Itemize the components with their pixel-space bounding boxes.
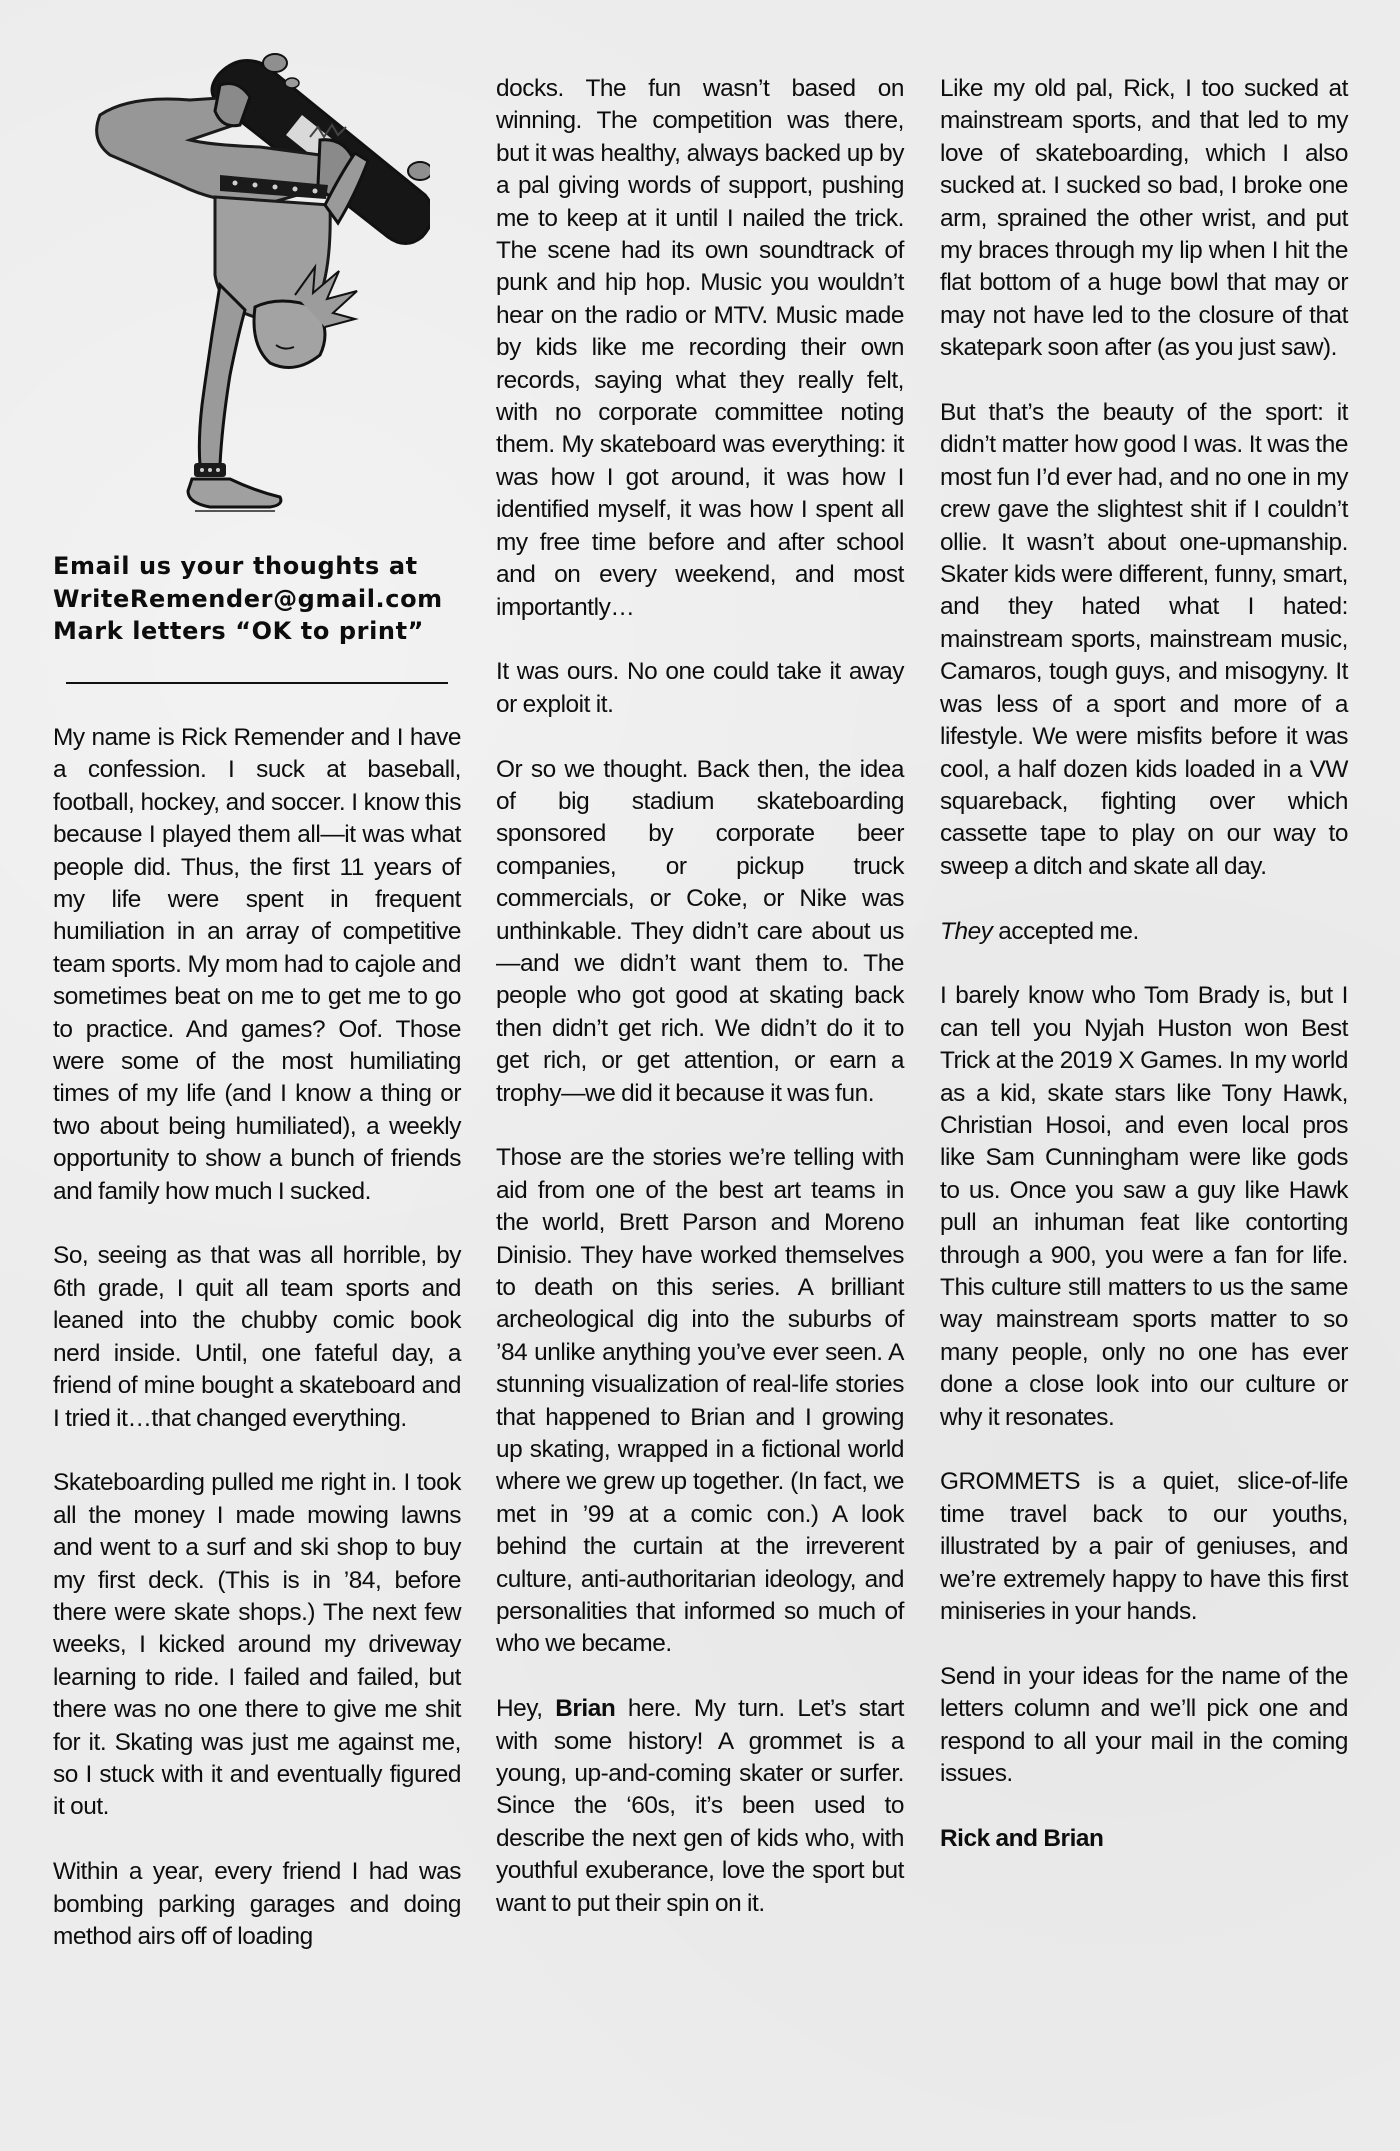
paragraph: Like my old pal, Rick, I too sucked at m…: [940, 73, 1348, 365]
paragraph: Or so we thought. Back then, the idea of…: [496, 754, 904, 1110]
letter-column-1: My name is Rick Remender and I have a co…: [53, 722, 461, 1953]
they-paragraph: They accepted me.: [940, 916, 1348, 948]
emphasis-they: They: [940, 918, 992, 945]
skater-handplant-illustration: [70, 45, 430, 550]
contact-heading: Email us your thoughts at: [53, 550, 473, 583]
paragraph: I barely know who Tom Brady is, but I ca…: [940, 980, 1348, 1434]
paragraph-text: accepted me.: [992, 918, 1138, 945]
paragraph-text: Hey,: [496, 1695, 555, 1722]
letter-column-2: docks. The fun wasn’t based on winning. …: [496, 73, 904, 1920]
paragraph: My name is Rick Remender and I have a co…: [53, 722, 461, 1208]
paragraph: Skateboarding pulled me right in. I took…: [53, 1467, 461, 1823]
author-name-brian: Brian: [555, 1695, 615, 1722]
paragraph: docks. The fun wasn’t based on winning. …: [496, 73, 904, 624]
section-divider: [66, 682, 448, 684]
brian-paragraph: Hey, Brian here. My turn. Let’s start wi…: [496, 1693, 904, 1920]
paragraph: It was ours. No one could take it away o…: [496, 656, 904, 721]
signoff: Rick and Brian: [940, 1823, 1348, 1855]
paragraph: GROMMETS is a quiet, slice-of-life time …: [940, 1466, 1348, 1628]
paragraph: Send in your ideas for the name of the l…: [940, 1661, 1348, 1791]
paragraph: So, seeing as that was all horrible, by …: [53, 1240, 461, 1434]
paragraph: Within a year, every friend I had was bo…: [53, 1856, 461, 1953]
contact-instructions: Mark letters “OK to print”: [53, 615, 473, 648]
contact-email-link[interactable]: WriteRemender@gmail.com: [53, 583, 473, 616]
letter-column-3: Like my old pal, Rick, I too sucked at m…: [940, 73, 1348, 1855]
paragraph: But that’s the beauty of the sport: it d…: [940, 397, 1348, 883]
contact-info-box: Email us your thoughts at WriteRemender@…: [53, 550, 473, 648]
paragraph-text: here. My turn. Let’s start with some his…: [496, 1695, 904, 1916]
paragraph: Those are the stories we’re telling with…: [496, 1142, 904, 1661]
